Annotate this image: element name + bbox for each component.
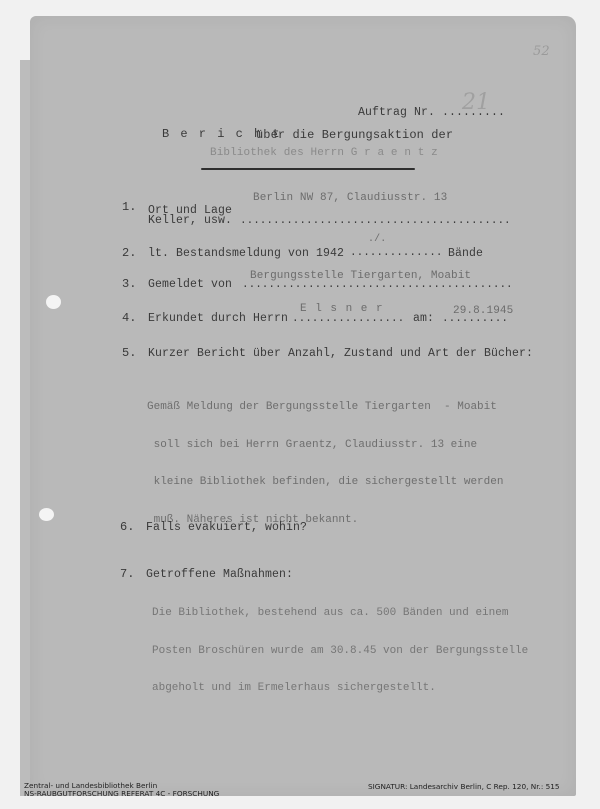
item-2-label: lt. Bestandsmeldung von 1942 (148, 247, 344, 260)
item-4-date-value: 29.8.1945 (453, 305, 513, 317)
report-line: Gemäß Meldung der Bergungsstelle Tiergar… (147, 401, 503, 414)
item-5-number: 5. (122, 346, 136, 360)
punch-hole-top (46, 295, 61, 309)
item-5-report-text: Gemäß Meldung der Bergungsstelle Tiergar… (147, 376, 503, 539)
item-4-label: Erkundet durch Herrn (148, 312, 288, 325)
order-number-handwritten: 21 (462, 90, 490, 115)
item-3-label: Gemeldet von (148, 278, 232, 291)
order-label: Auftrag Nr. (358, 106, 435, 119)
report-line: kleine Bibliothek befinden, die sicherge… (147, 476, 503, 489)
item-3-number: 3. (122, 277, 136, 291)
footer-signature: SIGNATUR: Landesarchiv Berlin, C Rep. 12… (368, 783, 560, 791)
measures-line: Posten Broschüren wurde am 30.8.45 von d… (152, 645, 528, 658)
report-title: über die Bergungsaktion der (256, 128, 453, 142)
item-1-dots: ........................................… (240, 215, 510, 227)
item-4-number: 4. (122, 311, 136, 325)
measures-line: abgeholt und im Ermelerhaus sichergestel… (152, 682, 528, 695)
measures-line: Die Bibliothek, bestehend aus ca. 500 Bä… (152, 607, 528, 620)
item-7-label: Getroffene Maßnahmen: (146, 568, 293, 581)
item-2-dots: ............... (350, 247, 445, 259)
item-1-number: 1. (122, 200, 136, 214)
item-5-label: Kurzer Bericht über Anzahl, Zustand und … (148, 347, 533, 360)
item-6-label: Falls evakuiert, wohin? (146, 521, 307, 534)
item-1-value-address: Berlin NW 87, Claudiusstr. 13 (253, 192, 447, 204)
item-4-date-label: am: (413, 312, 434, 325)
report-subtitle-library: Bibliothek des Herrn G r a e n t z (210, 147, 438, 159)
item-1-label-line2: Keller, usw. (148, 214, 232, 227)
item-4-value-inspector: E l s n e r (300, 303, 384, 315)
title-underline (201, 168, 415, 170)
item-6-number: 6. (120, 520, 134, 534)
report-line: soll sich bei Herrn Graentz, Claudiusstr… (147, 439, 503, 452)
punch-hole-bottom (39, 508, 54, 521)
item-2-number: 2. (122, 246, 136, 260)
item-3-value-reporter: Bergungsstelle Tiergarten, Moabit (250, 270, 471, 282)
footer-archive-source: Zentral- und Landesbibliothek Berlin NS-… (24, 782, 219, 798)
item-7-measures-text: Die Bibliothek, bestehend aus ca. 500 Bä… (152, 582, 528, 707)
page-number-handwritten: 52 (533, 44, 550, 59)
item-2-value: ./. (368, 234, 386, 245)
footer-department: NS-RAUBGUTFORSCHUNG REFERAT 4C - FORSCHU… (24, 790, 219, 798)
item-7-number: 7. (120, 567, 134, 581)
item-2-suffix-baende: Bände (448, 247, 483, 260)
